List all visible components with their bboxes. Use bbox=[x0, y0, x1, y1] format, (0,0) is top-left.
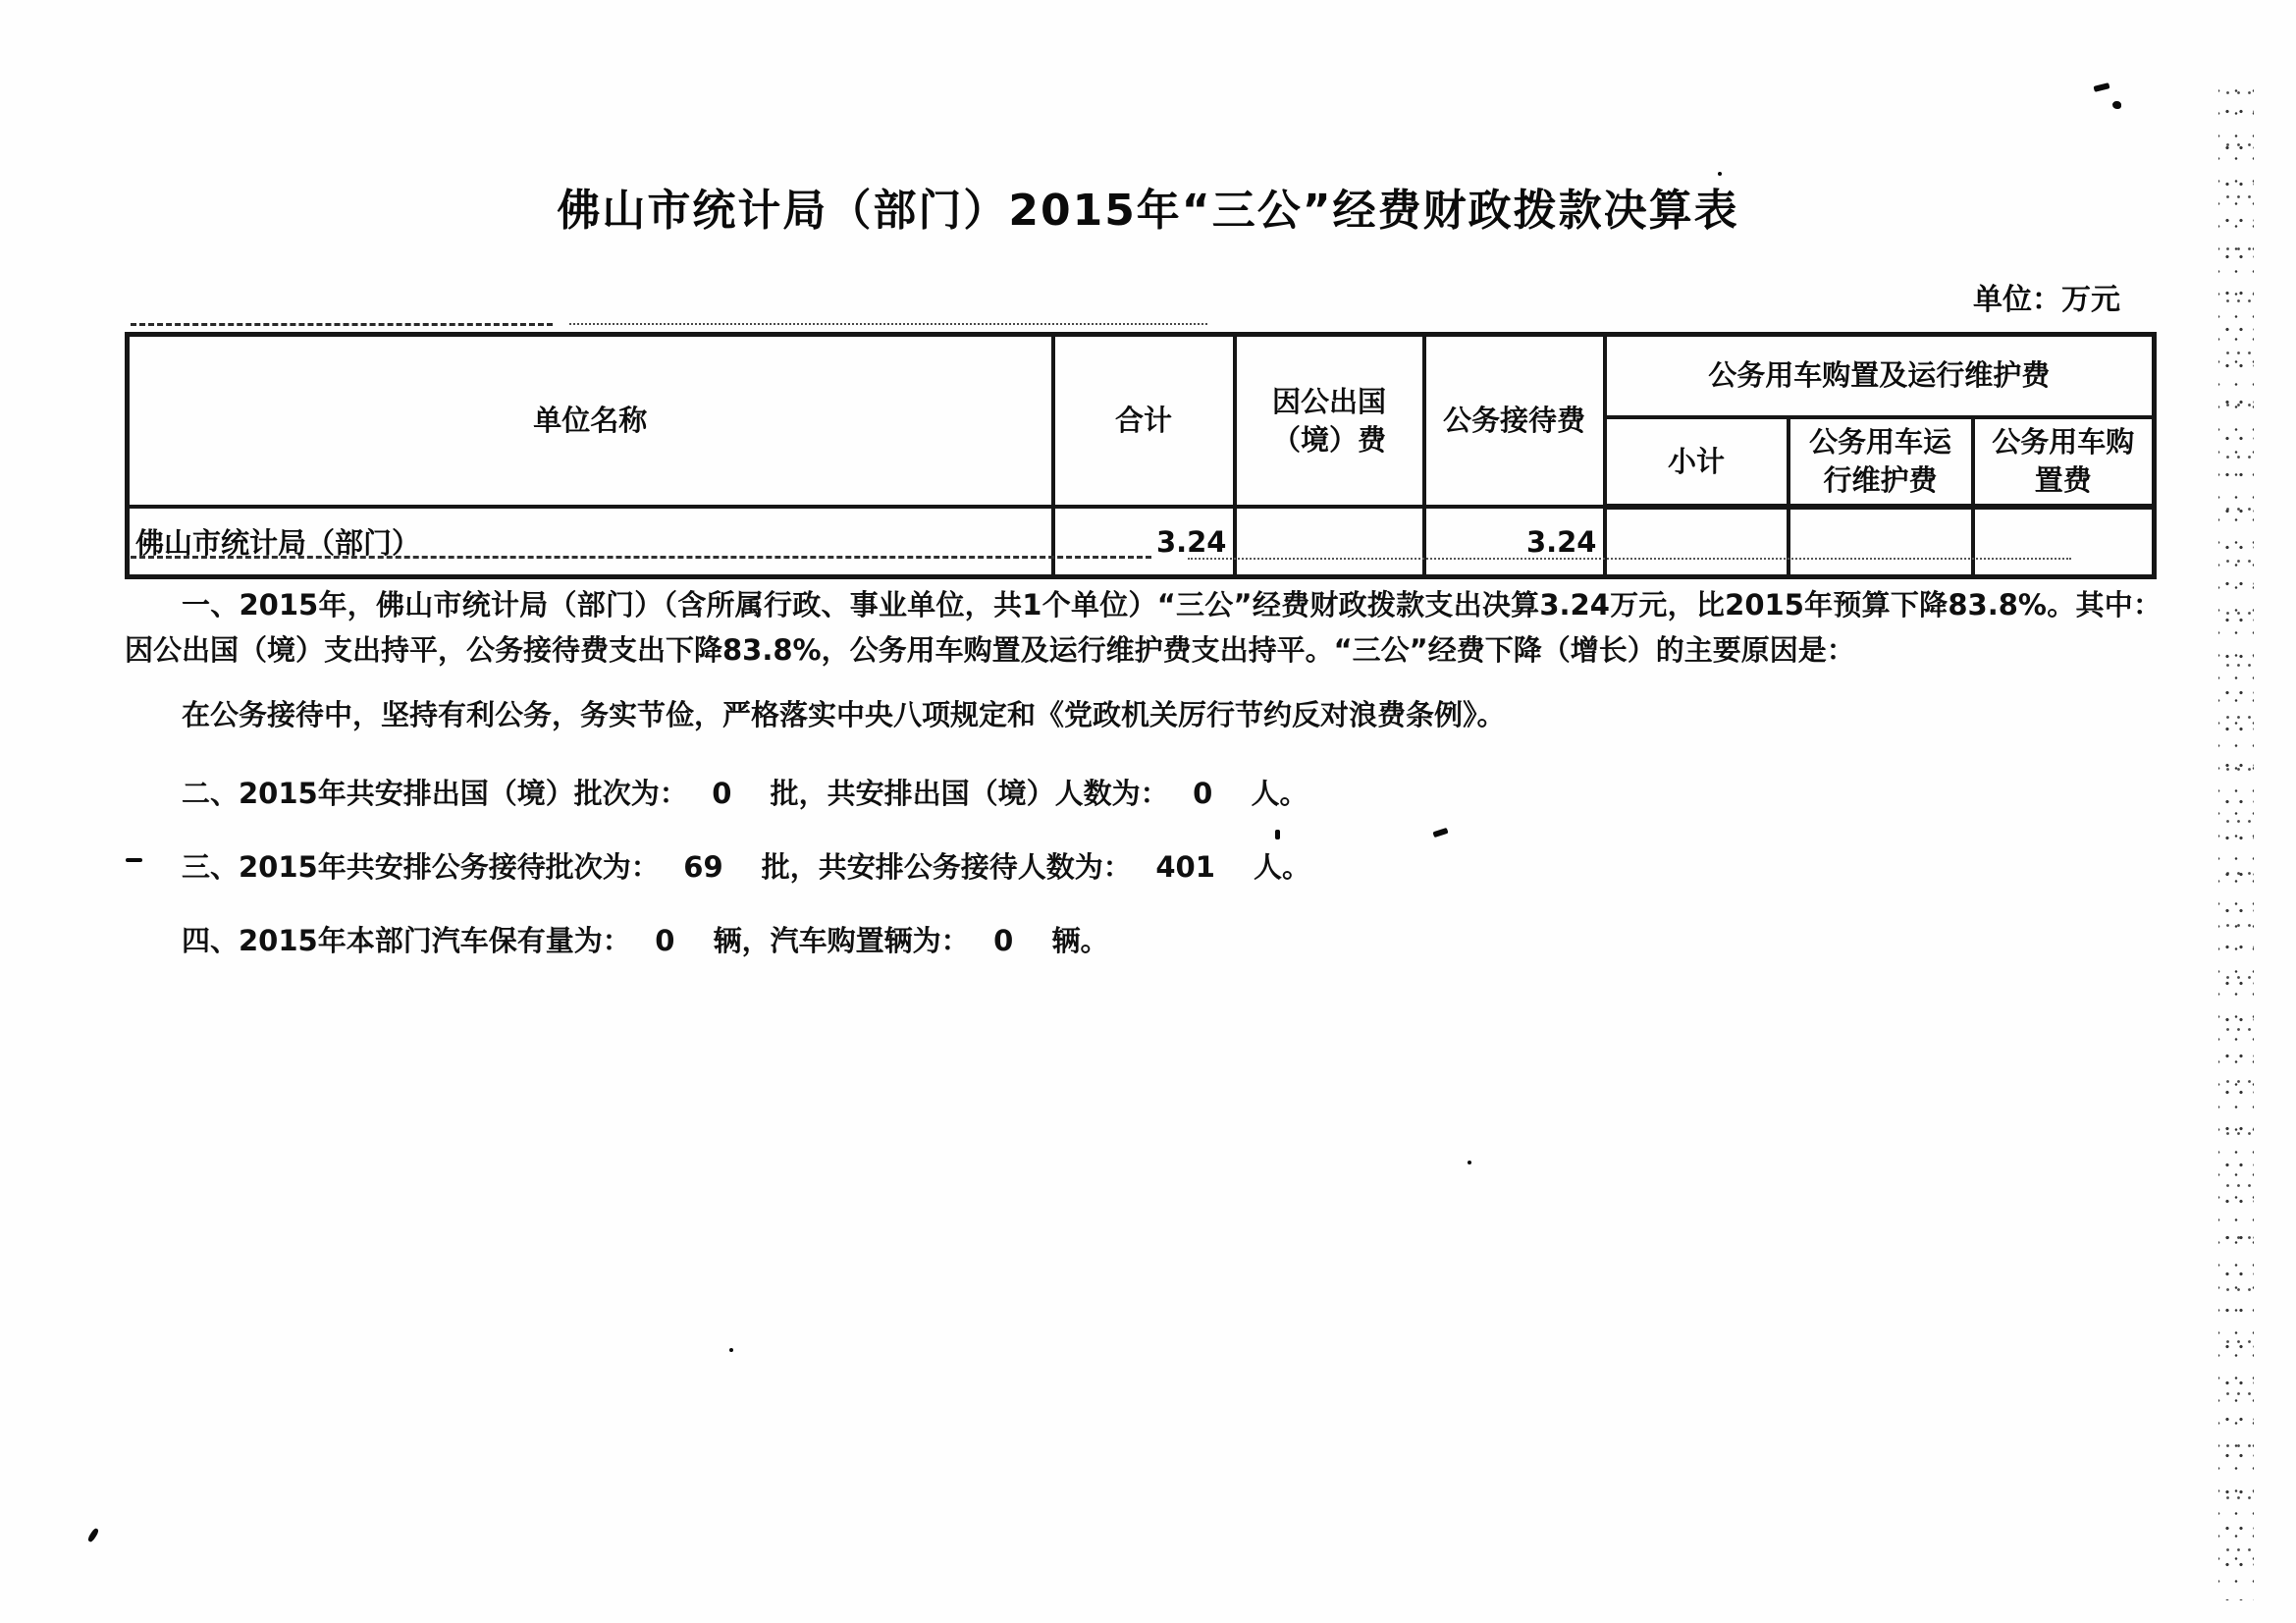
header-vehicle-maintenance: 公务用车运行维护费 bbox=[1789, 417, 1973, 507]
scan-speck bbox=[1718, 172, 1722, 176]
scan-artifact-line bbox=[1188, 558, 2071, 560]
scan-speck bbox=[1275, 830, 1280, 839]
scan-speck bbox=[2112, 101, 2121, 109]
header-vehicle-group: 公务用车购置及运行维护费 bbox=[1605, 335, 2155, 418]
scan-speck bbox=[2094, 82, 2110, 92]
header-vehicle-subtotal: 小计 bbox=[1605, 417, 1789, 507]
note-paragraph-1: 一、2015年，佛山市统计局（部门）（含所属行政、事业单位，共1个单位）“三公”… bbox=[125, 582, 2162, 673]
scan-artifact-line bbox=[131, 556, 1151, 559]
scan-noise-edge-strip bbox=[2218, 88, 2254, 1600]
note-1-line-2: 因公出国（境）支出持平，公务接待费支出下降83.8%，公务用车购置及运行维护费支… bbox=[125, 633, 1855, 667]
scan-speck bbox=[1432, 828, 1448, 838]
header-vehicle-purchase: 公务用车购置费 bbox=[1973, 417, 2155, 507]
cell-vehicle-maintenance bbox=[1789, 507, 1973, 577]
note-paragraph-5: 四、2015年本部门汽车保有量为： 0 辆，汽车购置辆为： 0 辆。 bbox=[125, 923, 2162, 958]
scan-speck bbox=[1468, 1161, 1471, 1164]
note-paragraph-4: 三、2015年共安排公务接待批次为： 69 批，共安排公务接待人数为： 401 … bbox=[125, 849, 2162, 885]
note-paragraph-2: 在公务接待中，坚持有利公务，务实节俭，严格落实中央八项规定和《党政机关厉行节约反… bbox=[125, 697, 2162, 732]
cell-total: 3.24 bbox=[1053, 507, 1235, 577]
cell-abroad-expense bbox=[1235, 507, 1424, 577]
table-row: 佛山市统计局（部门） 3.24 3.24 bbox=[128, 507, 2155, 577]
cell-reception-expense: 3.24 bbox=[1424, 507, 1605, 577]
cell-vehicle-purchase bbox=[1973, 507, 2155, 577]
document-title: 佛山市统计局（部门）2015年“三公”经费财政拨款决算表 bbox=[0, 175, 2296, 238]
three-public-expenses-table: 单位名称 合计 因公出国（境）费 公务接待费 公务用车购置及运行维护费 小计 公… bbox=[125, 332, 2157, 579]
scan-artifact-line bbox=[569, 323, 1207, 325]
cell-vehicle-subtotal bbox=[1605, 507, 1789, 577]
scan-speck bbox=[126, 858, 142, 862]
header-unit-name: 单位名称 bbox=[128, 335, 1053, 508]
cell-unit-name: 佛山市统计局（部门） bbox=[128, 507, 1053, 577]
scan-artifact-line bbox=[131, 323, 553, 326]
unit-of-measure-note: 单位：万元 bbox=[1973, 275, 2120, 318]
note-paragraph-3: 二、2015年共安排出国（境）批次为： 0 批，共安排出国（境）人数为： 0 人… bbox=[125, 776, 2162, 811]
scanned-document-page: 佛山市统计局（部门）2015年“三公”经费财政拨款决算表 单位：万元 单位名称 … bbox=[0, 0, 2296, 1623]
header-abroad-expense: 因公出国（境）费 bbox=[1235, 335, 1424, 508]
header-reception-expense: 公务接待费 bbox=[1424, 335, 1605, 508]
header-total: 合计 bbox=[1053, 335, 1235, 508]
scan-speck bbox=[86, 1528, 99, 1543]
note-1-line-1: 一、2015年，佛山市统计局（部门）（含所属行政、事业单位，共1个单位）“三公”… bbox=[182, 588, 2162, 622]
scan-speck bbox=[729, 1348, 733, 1352]
